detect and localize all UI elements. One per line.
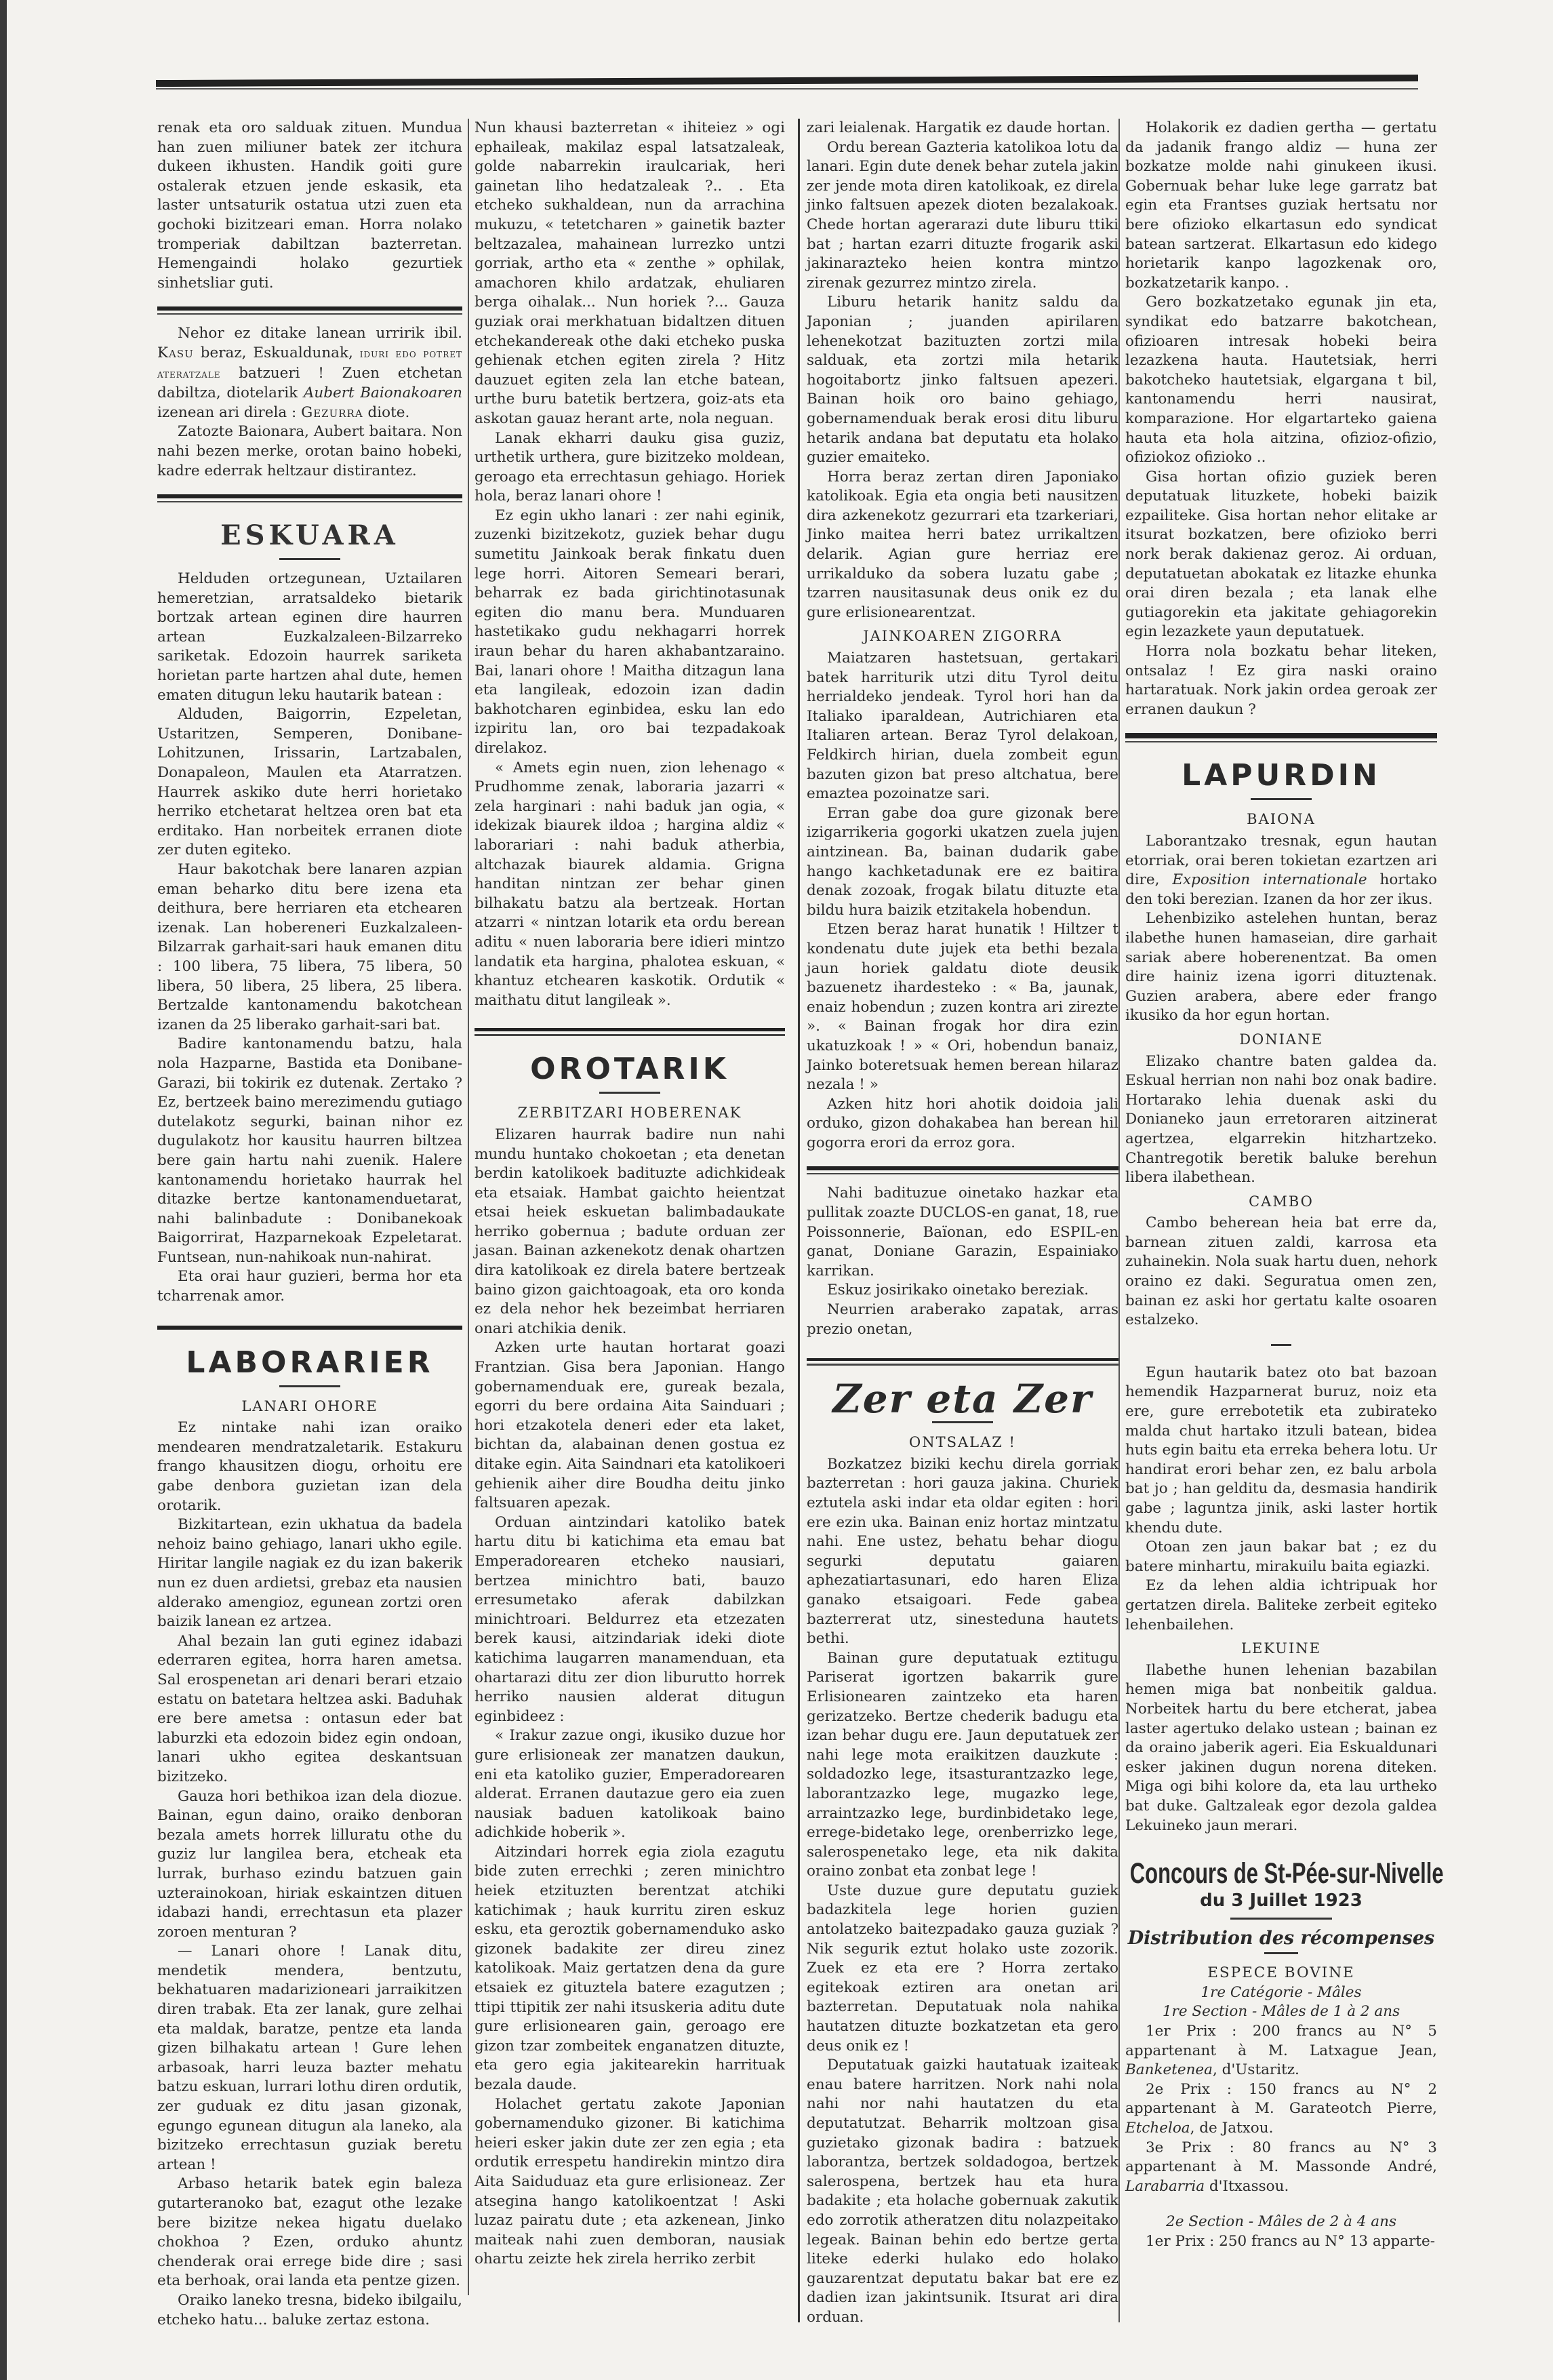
column-3: zari leialenak. Hargatik ez daude hortan… xyxy=(807,119,1118,2328)
paragraph: Otoan zen jaun bakar bat ; ez du batere … xyxy=(1125,1538,1437,1576)
paragraph: Ez egin ukho lanari : zer nahi eginik, z… xyxy=(475,507,785,759)
lapurdin-section: LAPURDIN BAIONA Laborantzako tresnak, eg… xyxy=(1125,757,1437,1836)
paragraph: Etzen beraz harat hunatik ! Hiltzer t ko… xyxy=(807,920,1118,1094)
paragraph: Egun hautarik batez oto bat bazoan hemen… xyxy=(1125,1364,1437,1538)
title-underline xyxy=(279,558,340,560)
orotarik-section: OROTARIK ZERBITZARI HOBERENAK Elizaren h… xyxy=(475,1051,785,2269)
separator-dash xyxy=(1271,1344,1291,1346)
paragraph: Azken urte hautan hortarat goazi Frantzi… xyxy=(475,1338,785,1513)
prize-entry: 1er Prix : 250 francs au N° 13 apparte- xyxy=(1125,2232,1437,2252)
section-rule-thin xyxy=(157,501,462,502)
paragraph: Arbaso hetarik batek egin baleza gutarte… xyxy=(157,2175,462,2291)
paragraph: Bizkitartean, ezin ukhatua da badela neh… xyxy=(157,1515,462,1632)
house-name: Etcheloa xyxy=(1125,2120,1190,2137)
column-4: Holakorik ez dadien gertha — gertatu da … xyxy=(1125,119,1437,2252)
prize-list-section2: 1er Prix : 250 francs au N° 13 apparte- xyxy=(1125,2232,1437,2252)
espece-heading: ESPECE BOVINE xyxy=(1125,1964,1437,1983)
paragraph: Holachet gertatu zakote Japonian goberna… xyxy=(475,2095,785,2269)
section-title: LABORARIER xyxy=(157,1345,462,1381)
column-rule xyxy=(468,119,469,2295)
section-title: LAPURDIN xyxy=(1125,757,1437,794)
paragraph: Elizaren haurrak badire nun nahi mundu h… xyxy=(475,1126,785,1339)
title-underline xyxy=(1251,798,1312,800)
paragraph: Holakorik ez dadien gertha — gertatu da … xyxy=(1125,119,1437,293)
paragraph: Ahal bezain lan guti eginez idabazi eder… xyxy=(157,1632,462,1787)
subsection-title-cambo: CAMBO xyxy=(1125,1192,1437,1212)
section2-heading: 2e Section - Mâles de 2 à 4 ans xyxy=(1125,2213,1437,2232)
laborarier-section: LABORARIER LANARI OHORE Ez nintake nahi … xyxy=(157,1345,462,2331)
paragraph: Ez nintake nahi izan oraiko mendearen me… xyxy=(157,1419,462,1515)
paragraph: Ez da lehen aldia ichtripuak hor gertatz… xyxy=(1125,1576,1437,1635)
paragraph: Nun khausi bazterretan « ihiteiez » ogi … xyxy=(475,119,785,429)
paragraph: Bozkatzez biziki kechu direla gorriak ba… xyxy=(807,1455,1118,1649)
section-rule-thin xyxy=(475,1034,785,1036)
section-rule-thin xyxy=(1125,741,1437,742)
section-rule xyxy=(1125,733,1437,738)
paragraph: Lanak ekharri dauku gisa guziz, urthetik… xyxy=(475,429,785,507)
house-name: Larabarria xyxy=(1125,2178,1205,2195)
continued-paragraph: renak eta oro salduak zituen. Mundua han… xyxy=(157,119,462,293)
paragraph: Horra beraz zertan diren Japoniako katol… xyxy=(807,468,1118,623)
prize-list-section1: 1er Prix : 200 francs au N° 5 appartenan… xyxy=(1125,2022,1437,2196)
column-2: Nun khausi bazterretan « ihiteiez » ogi … xyxy=(475,119,785,2269)
section-rule-thin xyxy=(807,1173,1118,1174)
paragraph: Maiatzaren hastetsuan, gertakari batek h… xyxy=(807,649,1118,804)
ad-paragraph: Eskuz josirikako oinetako bereziak. xyxy=(807,1281,1118,1301)
paragraph: Liburu hetarik hanitz saldu da Japonian … xyxy=(807,293,1118,467)
section-title: OROTARIK xyxy=(475,1051,785,1088)
section-rule xyxy=(807,1358,1118,1361)
column-rule xyxy=(798,119,800,2322)
section1-heading: 1re Section - Mâles de 1 à 2 ans xyxy=(1125,2002,1437,2022)
section-rule xyxy=(157,306,462,311)
concours-section: Concours de St-Pée-sur-Nivelle du 3 Juil… xyxy=(1125,1856,1437,2252)
section-title: ESKUARA xyxy=(157,517,462,554)
concours-date: du 3 Juillet 1923 xyxy=(1125,1891,1437,1911)
ad-paragraph: Nahi badituzue oinetako hazkar eta pulli… xyxy=(807,1184,1118,1281)
title-underline xyxy=(599,1092,660,1094)
subsection-title-lekuine: LEKUINE xyxy=(1125,1639,1437,1659)
paragraph: Haur bakotchak bere lanaren azpian eman … xyxy=(157,860,462,1035)
subsection-title: ONTSALAZ ! xyxy=(807,1433,1118,1452)
top-rule-thin xyxy=(156,88,1418,90)
paragraph: Lehenbiziko astelehen huntan, beraz ilab… xyxy=(1125,909,1437,1026)
paragraph: Oraiko laneko tresna, bideko ibilgailu, … xyxy=(157,2291,462,2330)
paragraph: Cambo beherean heia bat erre da, barnean… xyxy=(1125,1214,1437,1330)
section-rule xyxy=(157,1326,462,1330)
subsection-title-doniane: DONIANE xyxy=(1125,1030,1437,1050)
title-underline xyxy=(279,1385,340,1387)
concours-title: Concours de St-Pée-sur-Nivelle xyxy=(1130,1856,1432,1891)
section-rule-thin xyxy=(807,1364,1118,1366)
page-edge-shadow xyxy=(0,0,7,2380)
paragraph: Horra nola bozkatu behar liteken, ontsal… xyxy=(1125,642,1437,719)
shoe-shop-advertisement: Nahi badituzue oinetako hazkar eta pulli… xyxy=(807,1184,1118,1339)
paragraph: Azken hitz hori ahotik doidoia jali ordu… xyxy=(807,1095,1118,1153)
section-rule xyxy=(157,494,462,498)
categorie-heading: 1re Catégorie - Mâles xyxy=(1125,1983,1437,2003)
paragraph: Gauza hori bethikoa izan dela diozue. Ba… xyxy=(157,1787,462,1943)
house-name: Banketeneа xyxy=(1125,2061,1213,2078)
column-1: renak eta oro salduak zituen. Mundua han… xyxy=(157,119,462,2330)
ad-paragraph: Neurrien araberako zapatak, arras prezio… xyxy=(807,1301,1118,1339)
subsection-title-baiona: BAIONA xyxy=(1125,810,1437,829)
title-underline xyxy=(1230,1918,1332,1920)
photographer-warning-notice: Nehor ez ditake lanean urririk ibil. Kas… xyxy=(157,324,462,481)
zigorra-section: JAINKOAREN ZIGORRA Maiatzaren hastetsuan… xyxy=(807,627,1118,1153)
paragraph: Gero bozkatzetako egunak jin eta, syndik… xyxy=(1125,293,1437,467)
paragraph: Ordu berean Gazteria katolikoa lotu da l… xyxy=(807,138,1118,294)
eskuara-section: ESKUARA Helduden ortzegunean, Uztailaren… xyxy=(157,517,462,1307)
paragraph: — Lanari ohore ! Lanak ditu, mendetik me… xyxy=(157,1942,462,2175)
paragraph: Gisa hortan ofizio guziek beren deputatu… xyxy=(1125,468,1437,642)
paragraph: Deputatuak gaizki hautatuak izaiteak ena… xyxy=(807,2056,1118,2327)
paragraph: Orduan aintzindari katoliko batek hartu … xyxy=(475,1513,785,1727)
quote-paragraph: « Amets egin nuen, zion lehenago « Prudh… xyxy=(475,759,785,1011)
paragraph: Bainan gure deputatuak eztitugu Parisera… xyxy=(807,1649,1118,1882)
paragraph: Uste duzue gure deputatu guziek badazkit… xyxy=(807,1882,1118,2056)
top-rule xyxy=(156,75,1418,87)
subsection-title: ZERBITZARI HOBERENAK xyxy=(475,1103,785,1123)
paragraph: Ilabethe hunen lehenian bazabilan hemen … xyxy=(1125,1661,1437,1836)
zer-eta-zer-section: Zer eta Zer ONTSALAZ ! Bozkatzez biziki … xyxy=(807,1381,1118,2327)
subsection-title: LANARI OHORE xyxy=(157,1397,462,1416)
prize-entry: 2e Prix : 150 francs au N° 2 appartenant… xyxy=(1125,2080,1437,2139)
section-rule xyxy=(807,1166,1118,1170)
distribution-title: Distribution des récompenses xyxy=(1125,1929,1437,1949)
subsection-title: JAINKOAREN ZIGORRA xyxy=(807,627,1118,646)
paragraph: Erran gabe doa gure gizonak bere izigarr… xyxy=(807,804,1118,921)
paragraph: Helduden ortzegunean, Uztailaren hemeret… xyxy=(157,570,462,705)
title-underline xyxy=(1264,1952,1298,1954)
paragraph: Elizako chantre baten galdea da. Eskual … xyxy=(1125,1052,1437,1188)
column-rule xyxy=(1118,119,1120,2322)
italic-phrase: Exposition internationale xyxy=(1172,871,1367,888)
paragraph: Laborantzako tresnak, egun hautan etorri… xyxy=(1125,832,1437,909)
prize-entry: 3e Prix : 80 francs au N° 3 appartenant … xyxy=(1125,2139,1437,2197)
prize-entry: 1er Prix : 200 francs au N° 5 appartenan… xyxy=(1125,2022,1437,2080)
paragraph: Eta orai haur guzieri, berma hor eta tch… xyxy=(157,1267,462,1306)
paragraph: zari leialenak. Hargatik ez daude hortan… xyxy=(807,119,1118,138)
paragraph: Badire kantonamendu batzu, hala nola Haz… xyxy=(157,1035,462,1267)
section-title: Zer eta Zer xyxy=(807,1381,1118,1417)
paragraph: Alduden, Baigorrin, Ezpeletan, Ustaritze… xyxy=(157,705,462,860)
paragraph: Aitzindari horrek egia ziola ezagutu bid… xyxy=(475,1843,785,2095)
section-rule-thin xyxy=(157,313,462,315)
paragraph: « Irakur zazue ongi, ikusiko duzue hor g… xyxy=(475,1726,785,1843)
section-rule xyxy=(475,1028,785,1031)
